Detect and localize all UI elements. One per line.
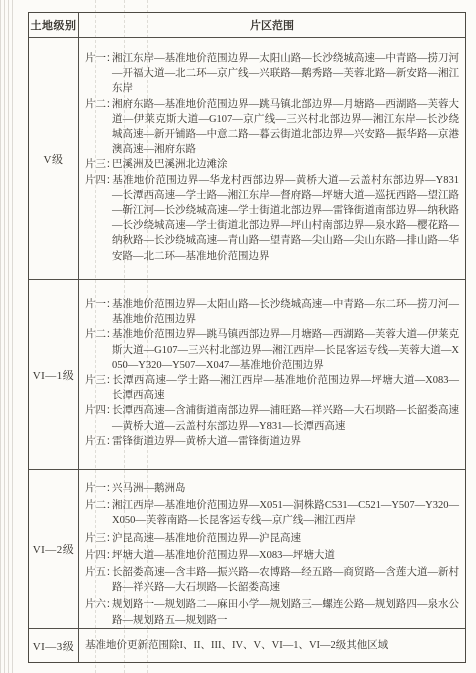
table-row-grade-vi-3: VI—3级 基准地价更新范围除I、II、III、IV、V、VI—1、VI—2级其… <box>29 628 465 662</box>
column-header-zone-range: 片区范围 <box>79 13 465 37</box>
piece-label: 片二： <box>85 327 112 342</box>
zone-list: 片一：基准地价范围边界—太阳山路—长沙绕城高速—中青路—东二环—捞刀河—基准地价… <box>79 280 465 469</box>
table-row-grade-vi-2: VI—2级 片一：兴马洲—鹅洲岛 片二：湘江西岸—基准地价范围边界—X051—洞… <box>29 469 465 628</box>
table-row-grade-v: V级 片一：湘江东岸—基准地价范围边界—太阳山路—长沙绕城高速—中青路—捞刀河—… <box>29 37 465 279</box>
piece-text: 基准地价范围边界—太阳山路—长沙绕城高速—中青路—东二环—捞刀河—基准地价范围边… <box>112 299 459 325</box>
piece-label: 片一： <box>85 481 112 496</box>
zone-piece: 片四：长潭西高速—含浦街道南部边界—浦旺路—祥兴路—大石坝路—长韶娄高速—黄桥大… <box>85 403 459 433</box>
piece-label: 片五： <box>85 565 112 580</box>
grade-label: VI—1级 <box>29 280 79 469</box>
piece-text: 基准地价更新范围除I、II、III、IV、V、VI—1、VI—2级其他区域 <box>85 638 388 653</box>
piece-text: 巴溪洲及巴溪洲北边滩涂 <box>112 159 228 170</box>
zone-piece: 片五：雷锋街道边界—黄桥大道—雷锋街道边界 <box>85 434 459 449</box>
piece-text: 湘江东岸—基准地价范围边界—太阳山路—长沙绕城高速—中青路—捞刀河—开福大道—北… <box>112 53 459 94</box>
piece-text: 长潭西高速—学士路—湘江西岸—基准地价范围边界—坪塘大道—X083—长潭西高速 <box>112 375 459 401</box>
piece-text: 规划路一—规划路二—麻田小学—规划路三—螺连公路—规划路四—泉水公路—规划路五—… <box>112 599 459 625</box>
piece-text: 沪昆高速—基准地价范围边界—沪昆高速 <box>112 533 301 544</box>
zone-piece: 片三：长潭西高速—学士路—湘江西岸—基准地价范围边界—坪塘大道—X083—长潭西… <box>85 373 459 403</box>
piece-text: 长潭西高速—含浦街道南部边界—浦旺路—祥兴路—大石坝路—长韶娄高速—黄桥大道—云… <box>112 405 459 431</box>
piece-label: 片四： <box>85 173 112 188</box>
piece-label: 片二： <box>85 498 112 513</box>
piece-label: 片四： <box>85 403 112 418</box>
zone-piece: 片三：巴溪洲及巴溪洲北边滩涂 <box>85 157 459 172</box>
piece-text: 基准地价范围边界—跳马镇西部边界—月塘路—西湖路—芙蓉大道—伊莱克斯大道—G10… <box>112 329 459 370</box>
zone-piece: 片二：基准地价范围边界—跳马镇西部边界—月塘路—西湖路—芙蓉大道—伊莱克斯大道—… <box>85 327 459 373</box>
zone-piece: 片一：湘江东岸—基准地价范围边界—太阳山路—长沙绕城高速—中青路—捞刀河—开福大… <box>85 51 459 97</box>
zone-piece: 片五：长韶娄高速—含丰路—振兴路—农博路—经五路—商贸路—含莲大道—新村路—祥兴… <box>85 565 459 595</box>
zone-piece: 片二：湘江西岸—基准地价范围边界—X051—洞株路C531—C521—Y507—… <box>85 498 459 528</box>
piece-text: 湘府东路—基准地价范围边界—跳马镇北部边界—月塘路—西湖路—芙蓉大道—伊莱克斯大… <box>112 99 459 156</box>
piece-label: 片三： <box>85 157 112 172</box>
piece-text: 雷锋街道边界—黄桥大道—雷锋街道边界 <box>112 436 301 447</box>
zone-piece: 片一：兴马洲—鹅洲岛 <box>85 481 459 496</box>
column-header-land-grade: 土地级别 <box>29 13 79 37</box>
zone-piece: 片六：规划路一—规划路二—麻田小学—规划路三—螺连公路—规划路四—泉水公路—规划… <box>85 597 459 627</box>
piece-text: 坪塘大道—基准地价范围边界—X083—坪塘大道 <box>112 550 335 561</box>
piece-label: 片五： <box>85 434 112 449</box>
piece-label: 片一： <box>85 297 112 312</box>
zone-piece: 片一：基准地价范围边界—太阳山路—长沙绕城高速—中青路—东二环—捞刀河—基准地价… <box>85 297 459 327</box>
zone-list: 片一：兴马洲—鹅洲岛 片二：湘江西岸—基准地价范围边界—X051—洞株路C531… <box>79 470 465 628</box>
piece-label: 片六： <box>85 597 112 612</box>
grade-label: VI—3级 <box>29 629 79 662</box>
land-grade-zone-table: 土地级别 片区范围 V级 片一：湘江东岸—基准地价范围边界—太阳山路—长沙绕城高… <box>28 12 466 663</box>
piece-label: 片一： <box>85 51 112 66</box>
zone-note: 基准地价更新范围除I、II、III、IV、V、VI—1、VI—2级其他区域 <box>79 629 465 662</box>
table-header-row: 土地级别 片区范围 <box>29 13 465 37</box>
grade-label: VI—2级 <box>29 470 79 628</box>
piece-label: 片四： <box>85 548 112 563</box>
piece-text: 基准地价范围边界—华龙村西部边界—黄桥大道—云盖村东部边界—Y831—长潭西高速… <box>112 175 459 262</box>
zone-piece: 片二：湘府东路—基准地价范围边界—跳马镇北部边界—月塘路—西湖路—芙蓉大道—伊莱… <box>85 97 459 158</box>
table-row-grade-vi-1: VI—1级 片一：基准地价范围边界—太阳山路—长沙绕城高速—中青路—东二环—捞刀… <box>29 279 465 469</box>
zone-list: 片一：湘江东岸—基准地价范围边界—太阳山路—长沙绕城高速—中青路—捞刀河—开福大… <box>79 38 465 279</box>
piece-label: 片三： <box>85 531 112 546</box>
grade-label: V级 <box>29 38 79 279</box>
piece-text: 湘江西岸—基准地价范围边界—X051—洞株路C531—C521—Y507—Y32… <box>112 500 459 526</box>
zone-piece: 片四：坪塘大道—基准地价范围边界—X083—坪塘大道 <box>85 548 459 563</box>
zone-piece: 片四：基准地价范围边界—华龙村西部边界—黄桥大道—云盖村东部边界—Y831—长潭… <box>85 173 459 264</box>
piece-text: 兴马洲—鹅洲岛 <box>112 483 186 494</box>
zone-piece: 片三：沪昆高速—基准地价范围边界—沪昆高速 <box>85 531 459 546</box>
piece-label: 片三： <box>85 373 112 388</box>
piece-label: 片二： <box>85 97 112 112</box>
scan-edge-artifact <box>0 0 14 673</box>
piece-text: 长韶娄高速—含丰路—振兴路—农博路—经五路—商贸路—含莲大道—新村路—祥兴路—大… <box>112 567 459 593</box>
